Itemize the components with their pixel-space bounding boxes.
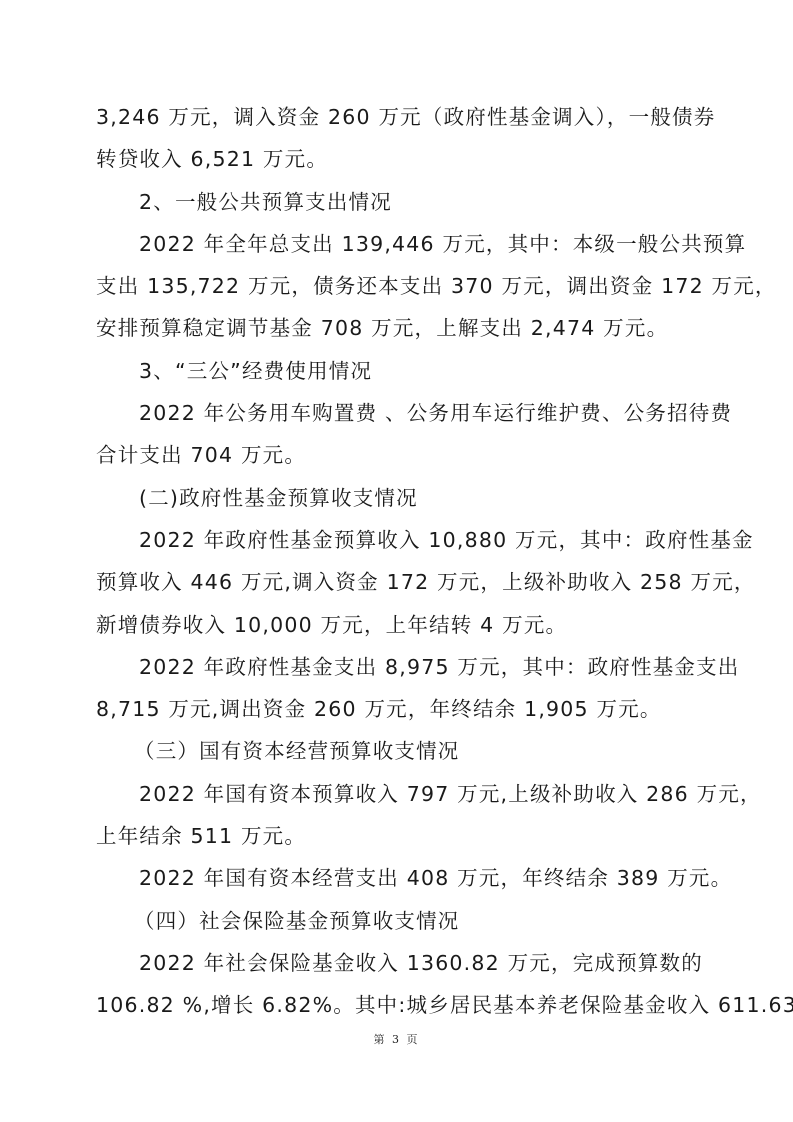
page-number: 第 3 页 — [0, 1031, 793, 1047]
body-text-line: 支出 135,722 万元，债务还本支出 370 万元，调出资金 172 万元， — [96, 265, 694, 307]
body-text-line: 上年结余 511 万元。 — [96, 815, 696, 857]
body-text-line: 2022 年政府性基金支出 8,975 万元，其中：政府性基金支出 — [96, 646, 694, 688]
body-text-line: 2022 年全年总支出 139,446 万元，其中：本级一般公共预算 — [96, 223, 694, 265]
body-text-line: 转贷收入 6,521 万元。 — [96, 138, 696, 180]
document-page: 3,246 万元，调入资金 260 万元（政府性基金调入），一般债券 转贷收入 … — [96, 96, 696, 1027]
body-text-line: 2022 年国有资本预算收入 797 万元,上级补助收入 286 万元， — [96, 773, 694, 815]
section-heading: （四）社会保险基金预算收支情况 — [96, 900, 696, 942]
body-text-line: 合计支出 704 万元。 — [96, 434, 696, 476]
section-heading: (二)政府性基金预算收支情况 — [96, 477, 696, 519]
body-text-line: 新增债券收入 10,000 万元，上年结转 4 万元。 — [96, 604, 696, 646]
body-text-line: 安排预算稳定调节基金 708 万元，上解支出 2,474 万元。 — [96, 307, 696, 349]
body-text-line: 8,715 万元,调出资金 260 万元，年终结余 1,905 万元。 — [96, 688, 696, 730]
body-text-line: 2022 年公务用车购置费 、公务用车运行维护费、公务招待费 — [96, 392, 694, 434]
body-text-line: 预算收入 446 万元,调入资金 172 万元，上级补助收入 258 万元， — [96, 561, 694, 603]
body-text-line: 2022 年社会保险基金收入 1360.82 万元，完成预算数的 — [96, 942, 696, 984]
section-heading: 3、“三公”经费使用情况 — [96, 350, 696, 392]
body-text-line: 2022 年国有资本经营支出 408 万元，年终结余 389 万元。 — [96, 857, 696, 899]
body-text-line: 3,246 万元，调入资金 260 万元（政府性基金调入），一般债券 — [96, 96, 694, 138]
section-heading: （三）国有资本经营预算收支情况 — [96, 730, 696, 772]
body-text-line: 106.82 %,增长 6.82%。其中:城乡居民基本养老保险基金收入 611.… — [96, 984, 694, 1026]
body-text-line: 2022 年政府性基金预算收入 10,880 万元，其中：政府性基金 — [96, 519, 694, 561]
section-heading: 2、一般公共预算支出情况 — [96, 181, 696, 223]
